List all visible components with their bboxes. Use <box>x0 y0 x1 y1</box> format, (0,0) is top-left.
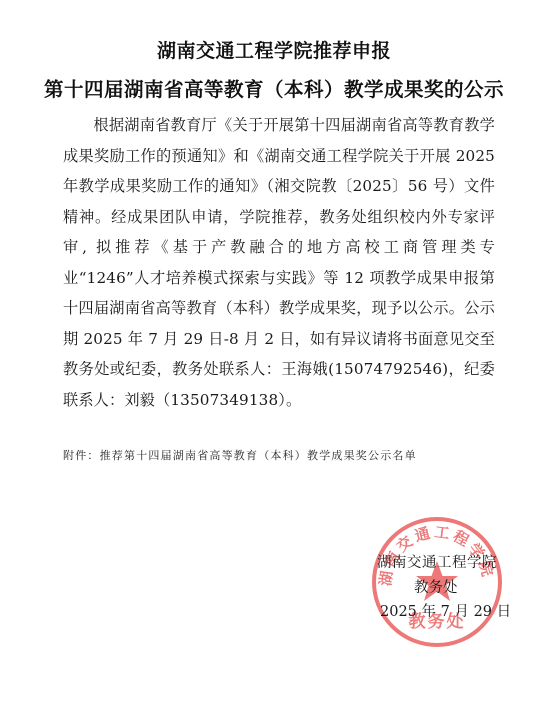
document-title-line-1: 湖南交通工程学院推荐申报 <box>0 36 548 63</box>
signature-date: 2025 年 7 月 29 日 <box>380 600 511 621</box>
signature-department: 教务处 <box>414 576 458 597</box>
attachment-note: 附件：推荐第十四届湖南省高等教育（本科）教学成果奖公示名单 <box>63 447 417 463</box>
announcement-body: 根据湖南省教育厅《关于开展第十四届湖南省高等教育教学成果奖励工作的预通知》和《湖… <box>63 110 495 415</box>
signature-organization: 湖南交通工程学院 <box>377 551 497 572</box>
document-title-line-2: 第十四届湖南省高等教育（本科）教学成果奖的公示 <box>0 74 548 102</box>
